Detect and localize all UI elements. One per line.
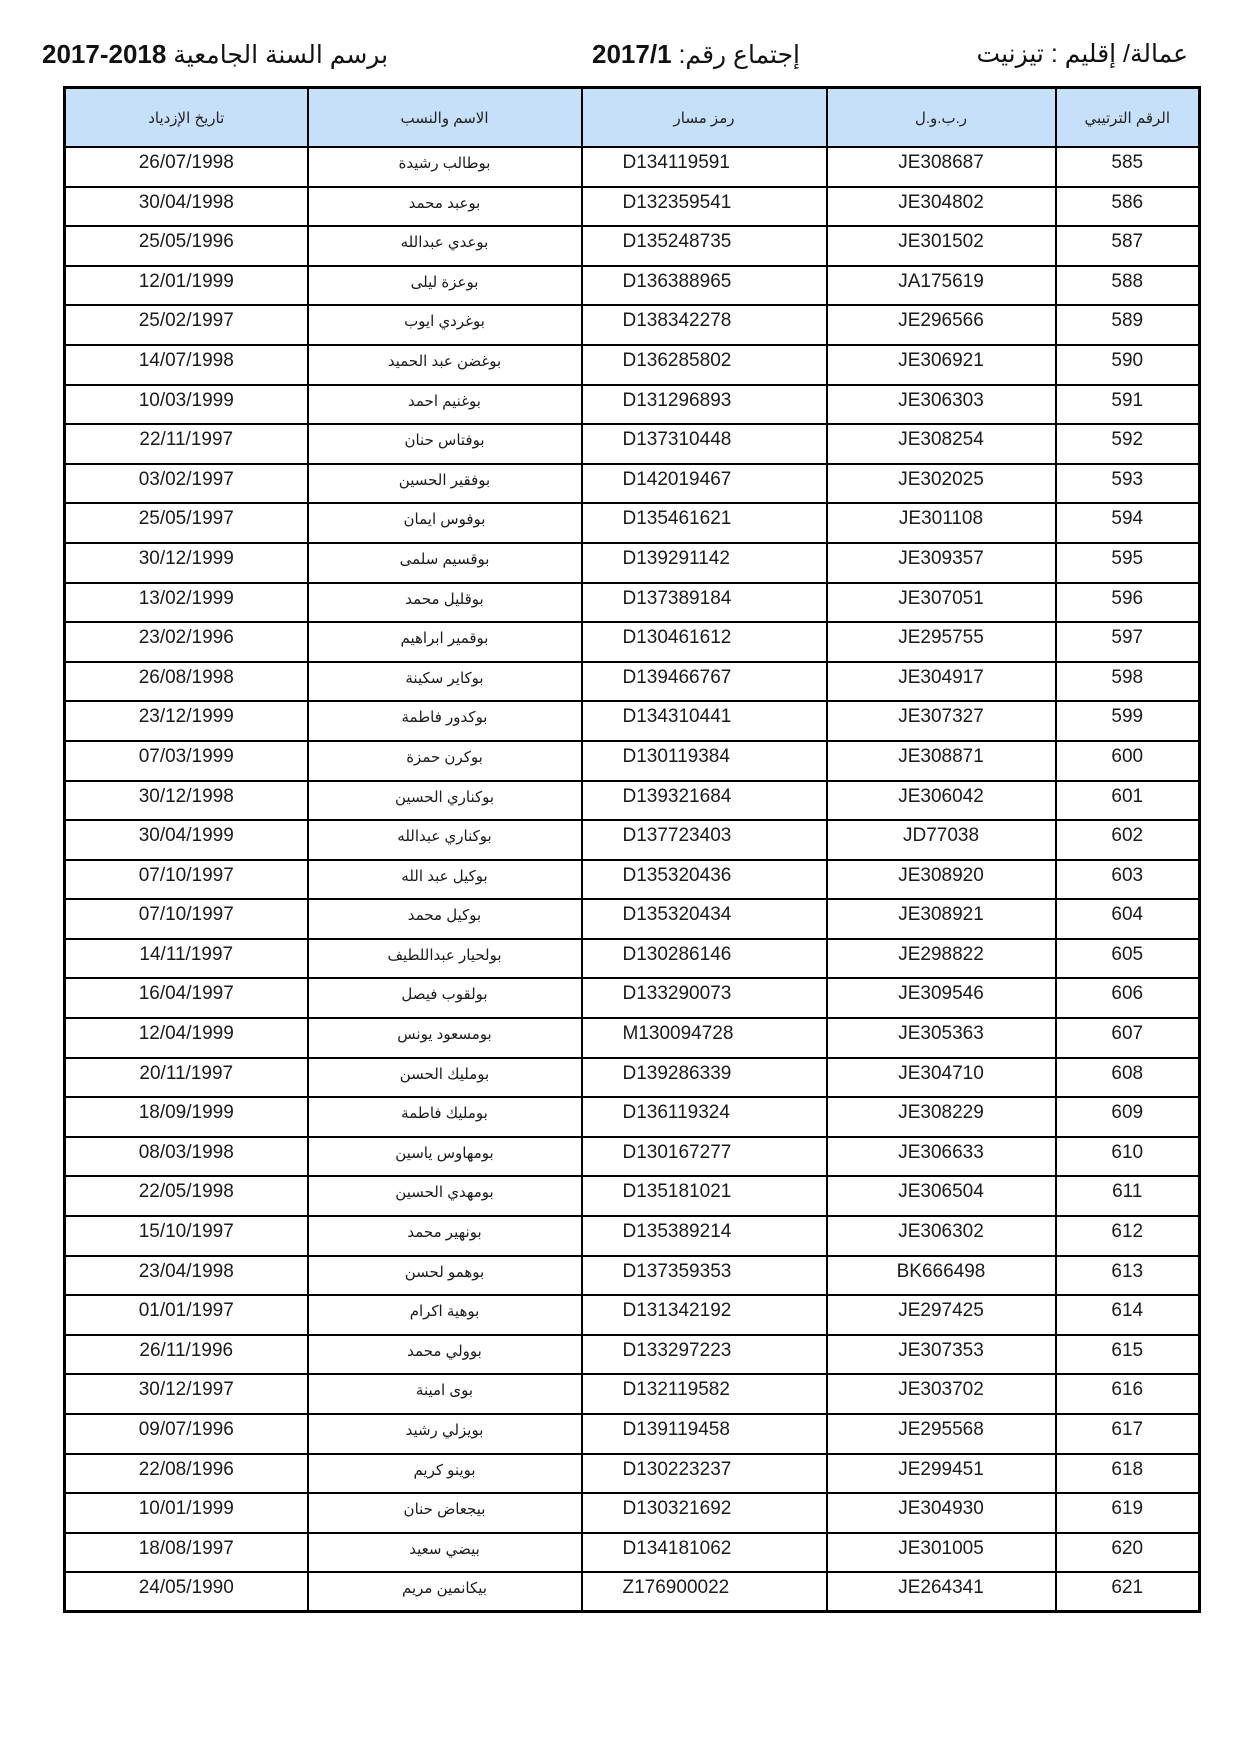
cell-cin: JA175619 [827,266,1056,306]
cell-full-name: بوقمير ابراهيم [308,622,582,662]
cell-full-name: بيكانمين مريم [308,1572,582,1612]
cell-birth-date: 30/12/1999 [65,543,308,583]
cell-full-name: بونهير محمد [308,1216,582,1256]
cell-birth-date: 18/08/1997 [65,1533,308,1573]
cell-cin: JE308229 [827,1097,1056,1137]
cell-cin: JE307327 [827,701,1056,741]
table-row: 30/12/1998بوكناري الحسينD139321684JE3060… [65,781,1200,821]
cell-order-no: 611 [1056,1176,1200,1216]
cell-order-no: 618 [1056,1454,1200,1494]
table-row: 30/12/1997بوى امينةD132119582JE303702616 [65,1374,1200,1414]
table-row: 15/10/1997بونهير محمدD135389214JE3063026… [65,1216,1200,1256]
cell-cin: JE306302 [827,1216,1056,1256]
table-row: 30/12/1999بوقسيم سلمىD139291142JE3093575… [65,543,1200,583]
cell-cin: JE306042 [827,781,1056,821]
table-row: 23/04/1998بوهمو لحسنD137359353BK66649861… [65,1256,1200,1296]
cell-order-no: 603 [1056,860,1200,900]
province-label: عمالة/ إقليم : تيزنيت [977,40,1188,68]
cell-birth-date: 03/02/1997 [65,464,308,504]
cell-massar-code: D130286146 [582,939,827,979]
cell-cin: JE308254 [827,424,1056,464]
table-row: 09/07/1996بويزلي رشيدD139119458JE2955686… [65,1414,1200,1454]
cell-birth-date: 01/01/1997 [65,1295,308,1335]
cell-cin: JE264341 [827,1572,1056,1612]
cell-birth-date: 09/07/1996 [65,1414,308,1454]
cell-cin: JE309546 [827,978,1056,1018]
table-row: 22/11/1997بوفتاس حنانD137310448JE3082545… [65,424,1200,464]
table-row: 16/04/1997بولقوب فيصلD133290073JE3095466… [65,978,1200,1018]
cell-order-no: 617 [1056,1414,1200,1454]
cell-order-no: 606 [1056,978,1200,1018]
table-row: 23/12/1999بوكدور فاطمةD134310441JE307327… [65,701,1200,741]
cell-cin: JE306303 [827,385,1056,425]
cell-full-name: بوكناري عبدالله [308,820,582,860]
cell-full-name: بوى امينة [308,1374,582,1414]
cell-massar-code: D133297223 [582,1335,827,1375]
table-row: 26/07/1998بوطالب رشيدةD134119591JE308687… [65,147,1200,187]
cell-full-name: بوغنيم احمد [308,385,582,425]
meeting-number: إجتماع رقم: 2017/1 [592,34,800,75]
cell-order-no: 589 [1056,305,1200,345]
students-table-container: تاريخ الإزدياد الاسم والنسب رمز مسار ر.ب… [63,86,1198,1613]
academic-year-value: 2017-2018 [42,39,166,69]
cell-birth-date: 30/04/1998 [65,187,308,227]
cell-massar-code: D136119324 [582,1097,827,1137]
cell-order-no: 602 [1056,820,1200,860]
cell-birth-date: 07/10/1997 [65,860,308,900]
cell-cin: JE308921 [827,899,1056,939]
cell-massar-code: D135320434 [582,899,827,939]
cell-full-name: بوعبد محمد [308,187,582,227]
cell-cin: BK666498 [827,1256,1056,1296]
cell-order-no: 600 [1056,741,1200,781]
table-row: 01/01/1997بوهية اكرامD131342192JE2974256… [65,1295,1200,1335]
table-row: 25/05/1996بوعدي عبداللهD135248735JE30150… [65,226,1200,266]
cell-cin: JE308687 [827,147,1056,187]
cell-massar-code: D139119458 [582,1414,827,1454]
column-header-birth-date: تاريخ الإزدياد [65,88,308,148]
province: عمالة/ إقليم : تيزنيت [977,34,1188,74]
cell-massar-code: D131296893 [582,385,827,425]
cell-cin: JE298822 [827,939,1056,979]
cell-massar-code: D139291142 [582,543,827,583]
cell-full-name: بوولي محمد [308,1335,582,1375]
cell-full-name: بيجعاض حنان [308,1493,582,1533]
table-row: 26/11/1996بوولي محمدD133297223JE30735361… [65,1335,1200,1375]
cell-full-name: بومليك الحسن [308,1058,582,1098]
cell-cin: JE301108 [827,503,1056,543]
cell-cin: JE301502 [827,226,1056,266]
table-row: 30/04/1999بوكناري عبداللهD137723403JD770… [65,820,1200,860]
cell-full-name: بوينو كريم [308,1454,582,1494]
table-row: 24/05/1990بيكانمين مريمZ176900022JE26434… [65,1572,1200,1612]
cell-order-no: 605 [1056,939,1200,979]
cell-order-no: 615 [1056,1335,1200,1375]
cell-full-name: بولقوب فيصل [308,978,582,1018]
cell-cin: JE305363 [827,1018,1056,1058]
cell-full-name: بيضي سعيد [308,1533,582,1573]
column-header-massar-code: رمز مسار [582,88,827,148]
meeting-value: 2017/1 [592,39,672,69]
cell-cin: JE301005 [827,1533,1056,1573]
cell-order-no: 601 [1056,781,1200,821]
table-row: 18/09/1999بومليك فاطمةD136119324JE308229… [65,1097,1200,1137]
cell-order-no: 607 [1056,1018,1200,1058]
cell-birth-date: 10/01/1999 [65,1493,308,1533]
cell-full-name: بوكدور فاطمة [308,701,582,741]
cell-massar-code: D134310441 [582,701,827,741]
cell-birth-date: 26/11/1996 [65,1335,308,1375]
academic-year-label: برسم السنة الجامعية [173,41,388,69]
cell-cin: JE306921 [827,345,1056,385]
cell-birth-date: 30/04/1999 [65,820,308,860]
cell-birth-date: 12/01/1999 [65,266,308,306]
table-row: 07/10/1997بوكيل عبد اللهD135320436JE3089… [65,860,1200,900]
cell-birth-date: 12/04/1999 [65,1018,308,1058]
cell-full-name: بوقسيم سلمى [308,543,582,583]
cell-full-name: بوفتاس حنان [308,424,582,464]
cell-order-no: 604 [1056,899,1200,939]
cell-massar-code: D139286339 [582,1058,827,1098]
table-row: 14/07/1998بوغضن عبد الحميدD136285802JE30… [65,345,1200,385]
cell-order-no: 590 [1056,345,1200,385]
cell-full-name: بوكرن حمزة [308,741,582,781]
cell-full-name: بوقليل محمد [308,583,582,623]
cell-order-no: 587 [1056,226,1200,266]
table-row: 12/04/1999بومسعود يونسM130094728JE305363… [65,1018,1200,1058]
cell-order-no: 591 [1056,385,1200,425]
cell-full-name: بوكيل محمد [308,899,582,939]
cell-cin: JE306504 [827,1176,1056,1216]
table-row: 22/05/1998بومهدي الحسينD135181021JE30650… [65,1176,1200,1216]
cell-cin: JE295568 [827,1414,1056,1454]
cell-birth-date: 15/10/1997 [65,1216,308,1256]
cell-massar-code: D135389214 [582,1216,827,1256]
cell-order-no: 609 [1056,1097,1200,1137]
table-body: 26/07/1998بوطالب رشيدةD134119591JE308687… [65,147,1200,1612]
cell-massar-code: D133290073 [582,978,827,1018]
cell-massar-code: D134119591 [582,147,827,187]
cell-massar-code: M130094728 [582,1018,827,1058]
cell-cin: JE304710 [827,1058,1056,1098]
cell-birth-date: 23/12/1999 [65,701,308,741]
cell-massar-code: D130223237 [582,1454,827,1494]
cell-birth-date: 30/12/1997 [65,1374,308,1414]
cell-cin: JE308871 [827,741,1056,781]
cell-massar-code: D132359541 [582,187,827,227]
cell-full-name: بوهمو لحسن [308,1256,582,1296]
cell-massar-code: D137389184 [582,583,827,623]
cell-order-no: 608 [1056,1058,1200,1098]
cell-cin: JE309357 [827,543,1056,583]
students-table: تاريخ الإزدياد الاسم والنسب رمز مسار ر.ب… [63,86,1201,1613]
cell-massar-code: D131342192 [582,1295,827,1335]
cell-order-no: 599 [1056,701,1200,741]
cell-birth-date: 10/03/1999 [65,385,308,425]
cell-birth-date: 24/05/1990 [65,1572,308,1612]
cell-order-no: 621 [1056,1572,1200,1612]
table-row: 26/08/1998بوكاير سكينةD139466767JE304917… [65,662,1200,702]
cell-massar-code: D137359353 [582,1256,827,1296]
table-row: 13/02/1999بوقليل محمدD137389184JE3070515… [65,583,1200,623]
column-header-full-name: الاسم والنسب [308,88,582,148]
cell-birth-date: 23/02/1996 [65,622,308,662]
cell-cin: JE303702 [827,1374,1056,1414]
cell-birth-date: 23/04/1998 [65,1256,308,1296]
cell-cin: JE299451 [827,1454,1056,1494]
table-row: 18/08/1997بيضي سعيدD134181062JE301005620 [65,1533,1200,1573]
cell-cin: JE307353 [827,1335,1056,1375]
cell-massar-code: D130321692 [582,1493,827,1533]
cell-order-no: 614 [1056,1295,1200,1335]
cell-cin: JE307051 [827,583,1056,623]
cell-massar-code: D139321684 [582,781,827,821]
column-header-cin: ر.ب.و.ل [827,88,1056,148]
cell-order-no: 594 [1056,503,1200,543]
cell-order-no: 620 [1056,1533,1200,1573]
cell-birth-date: 25/05/1997 [65,503,308,543]
table-row: 25/02/1997بوغردي ايوبD138342278JE2965665… [65,305,1200,345]
academic-year: برسم السنة الجامعية 2017-2018 [42,34,388,75]
table-header-row: تاريخ الإزدياد الاسم والنسب رمز مسار ر.ب… [65,88,1200,148]
cell-birth-date: 20/11/1997 [65,1058,308,1098]
cell-massar-code: D135248735 [582,226,827,266]
cell-cin: JE304802 [827,187,1056,227]
cell-full-name: بوفوس ايمان [308,503,582,543]
table-row: 22/08/1996بوينو كريمD130223237JE29945161… [65,1454,1200,1494]
cell-massar-code: D135461621 [582,503,827,543]
cell-full-name: بومسعود يونس [308,1018,582,1058]
cell-order-no: 597 [1056,622,1200,662]
cell-full-name: بومهاوس ياسين [308,1137,582,1177]
cell-massar-code: D138342278 [582,305,827,345]
cell-birth-date: 22/11/1997 [65,424,308,464]
cell-birth-date: 14/11/1997 [65,939,308,979]
cell-birth-date: 18/09/1999 [65,1097,308,1137]
cell-order-no: 585 [1056,147,1200,187]
cell-massar-code: Z176900022 [582,1572,827,1612]
cell-full-name: بومليك فاطمة [308,1097,582,1137]
cell-massar-code: D132119582 [582,1374,827,1414]
cell-cin: JE308920 [827,860,1056,900]
cell-cin: JD77038 [827,820,1056,860]
cell-full-name: بوغردي ايوب [308,305,582,345]
table-row: 07/03/1999بوكرن حمزةD130119384JE30887160… [65,741,1200,781]
cell-order-no: 586 [1056,187,1200,227]
column-header-order-no: الرقم الترتيبي [1056,88,1200,148]
cell-full-name: بويزلي رشيد [308,1414,582,1454]
cell-cin: JE304930 [827,1493,1056,1533]
table-row: 10/01/1999بيجعاض حنانD130321692JE3049306… [65,1493,1200,1533]
cell-cin: JE306633 [827,1137,1056,1177]
cell-full-name: بوغضن عبد الحميد [308,345,582,385]
cell-massar-code: D130461612 [582,622,827,662]
cell-birth-date: 26/07/1998 [65,147,308,187]
cell-full-name: بوكيل عبد الله [308,860,582,900]
cell-order-no: 596 [1056,583,1200,623]
cell-full-name: بوعدي عبدالله [308,226,582,266]
page-header: برسم السنة الجامعية 2017-2018 إجتماع رقم… [0,34,1240,74]
cell-order-no: 619 [1056,1493,1200,1533]
cell-birth-date: 22/05/1998 [65,1176,308,1216]
table-row: 20/11/1997بومليك الحسنD139286339JE304710… [65,1058,1200,1098]
cell-massar-code: D136388965 [582,266,827,306]
table-row: 12/01/1999بوعزة ليلىD136388965JA17561958… [65,266,1200,306]
cell-birth-date: 13/02/1999 [65,583,308,623]
cell-order-no: 613 [1056,1256,1200,1296]
cell-full-name: بوعزة ليلى [308,266,582,306]
cell-cin: JE297425 [827,1295,1056,1335]
cell-birth-date: 30/12/1998 [65,781,308,821]
cell-full-name: بوفقير الحسين [308,464,582,504]
cell-full-name: بومهدي الحسين [308,1176,582,1216]
cell-order-no: 588 [1056,266,1200,306]
table-row: 07/10/1997بوكيل محمدD135320434JE30892160… [65,899,1200,939]
cell-order-no: 616 [1056,1374,1200,1414]
cell-birth-date: 25/05/1996 [65,226,308,266]
cell-birth-date: 16/04/1997 [65,978,308,1018]
cell-full-name: بوكناري الحسين [308,781,582,821]
table-row: 25/05/1997بوفوس ايمانD135461621JE3011085… [65,503,1200,543]
cell-cin: JE304917 [827,662,1056,702]
table-row: 23/02/1996بوقمير ابراهيمD130461612JE2957… [65,622,1200,662]
cell-full-name: بوهية اكرام [308,1295,582,1335]
cell-massar-code: D134181062 [582,1533,827,1573]
cell-birth-date: 14/07/1998 [65,345,308,385]
cell-birth-date: 07/10/1997 [65,899,308,939]
cell-massar-code: D139466767 [582,662,827,702]
cell-massar-code: D130119384 [582,741,827,781]
cell-massar-code: D136285802 [582,345,827,385]
cell-massar-code: D137310448 [582,424,827,464]
cell-massar-code: D135181021 [582,1176,827,1216]
cell-order-no: 612 [1056,1216,1200,1256]
table-row: 14/11/1997بولحيار عبداللطيفD130286146JE2… [65,939,1200,979]
table-row: 10/03/1999بوغنيم احمدD131296893JE3063035… [65,385,1200,425]
cell-cin: JE302025 [827,464,1056,504]
cell-cin: JE296566 [827,305,1056,345]
cell-order-no: 595 [1056,543,1200,583]
table-row: 08/03/1998بومهاوس ياسينD130167277JE30663… [65,1137,1200,1177]
meeting-label: إجتماع رقم: [678,41,799,69]
cell-cin: JE295755 [827,622,1056,662]
table-row: 03/02/1997بوفقير الحسينD142019467JE30202… [65,464,1200,504]
cell-order-no: 592 [1056,424,1200,464]
cell-massar-code: D137723403 [582,820,827,860]
cell-birth-date: 25/02/1997 [65,305,308,345]
cell-birth-date: 22/08/1996 [65,1454,308,1494]
cell-full-name: بوطالب رشيدة [308,147,582,187]
cell-massar-code: D130167277 [582,1137,827,1177]
cell-birth-date: 07/03/1999 [65,741,308,781]
table-row: 30/04/1998بوعبد محمدD132359541JE30480258… [65,187,1200,227]
cell-birth-date: 08/03/1998 [65,1137,308,1177]
cell-full-name: بوكاير سكينة [308,662,582,702]
cell-order-no: 598 [1056,662,1200,702]
cell-birth-date: 26/08/1998 [65,662,308,702]
cell-massar-code: D135320436 [582,860,827,900]
cell-full-name: بولحيار عبداللطيف [308,939,582,979]
cell-order-no: 593 [1056,464,1200,504]
cell-order-no: 610 [1056,1137,1200,1177]
cell-massar-code: D142019467 [582,464,827,504]
